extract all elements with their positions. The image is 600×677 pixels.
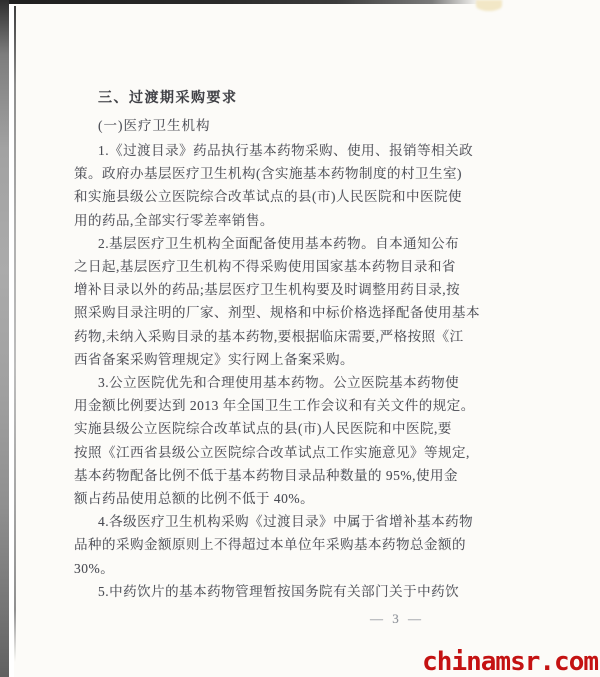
document-line: 按照《江西省县级公立医院综合改革试点工作实施意见》等规定,	[74, 441, 440, 464]
document-line: 2.基层医疗卫生机构全面配备使用基本药物。自本通知公布	[74, 232, 440, 255]
document-line: 品种的采购金额原则上不得超过本单位年采购基本药物总金额的	[74, 533, 440, 556]
document-line: 和实施县级公立医院综合改革试点的县(市)人民医院和中医院使	[74, 185, 440, 208]
page-number: — 3 —	[74, 609, 440, 629]
document-line: 照采购目录注明的厂家、剂型、规格和中标价格选择配备使用基本	[74, 301, 440, 324]
paragraph: 4.各级医疗卫生机构采购《过渡目录》中属于省增补基本药物品种的采购金额原则上不得…	[74, 510, 440, 580]
paragraph: 2.基层医疗卫生机构全面配备使用基本药物。自本通知公布之日起,基层医疗卫生机构不…	[74, 232, 440, 371]
document-line: 5.中药饮片的基本药物管理暂按国务院有关部门关于中药饮	[74, 580, 440, 603]
section-heading: 三、过渡期采购要求	[74, 86, 440, 112]
document-line: 1.《过渡目录》药品执行基本药物采购、使用、报销等相关政	[74, 139, 440, 162]
paragraph: 3.公立医院优先和合理使用基本药物。公立医院基本药物使用金额比例要达到 2013…	[74, 371, 440, 510]
document-line: 增补目录以外的药品;基层医疗卫生机构要及时调整用药目录,按	[74, 278, 440, 301]
watermark-logo: chinamsr.com	[422, 648, 598, 676]
document-line: 30%。	[74, 557, 440, 580]
document-line: 实施县级公立医院综合改革试点的县(市)人民医院和中医院,要	[74, 417, 440, 440]
document-line: 基本药物配备比例不低于基本药物目录品种数量的 95%,使用金	[74, 464, 440, 487]
document-line: 用的药品,全部实行零差率销售。	[74, 209, 440, 232]
document-line: 3.公立医院优先和合理使用基本药物。公立医院基本药物使	[74, 371, 440, 394]
document-line: 用金额比例要达到 2013 年全国卫生工作会议和有关文件的规定。	[74, 394, 440, 417]
paragraph: 1.《过渡目录》药品执行基本药物采购、使用、报销等相关政策。政府办基层医疗卫生机…	[74, 139, 440, 232]
paragraphs: 1.《过渡目录》药品执行基本药物采购、使用、报销等相关政策。政府办基层医疗卫生机…	[74, 139, 440, 603]
scan-top-edge-line	[0, 0, 480, 4]
scan-corner-tint	[476, 0, 502, 11]
document-line: 之日起,基层医疗卫生机构不得采购使用国家基本药物目录和省	[74, 255, 440, 278]
document-line: 策。政府办基层医疗卫生机构(含实施基本药物制度的村卫生室)	[74, 162, 440, 185]
document-line: 额占药品使用总额的比例不低于 40%。	[74, 487, 440, 510]
document-line: 药物,未纳入采购目录的基本药物,要根据临床需要,严格按照《江	[74, 325, 440, 348]
paragraph: 5.中药饮片的基本药物管理暂按国务院有关部门关于中药饮	[74, 580, 440, 603]
scan-left-edge-band	[0, 0, 9, 677]
subsection-heading: (一)医疗卫生机构	[74, 112, 440, 139]
document-line: 西省备案采购管理规定》实行网上备案采购。	[74, 348, 440, 371]
page-fold-line	[14, 6, 16, 662]
document-page: 三、过渡期采购要求 (一)医疗卫生机构 1.《过渡目录》药品执行基本药物采购、使…	[74, 86, 440, 629]
document-line: 4.各级医疗卫生机构采购《过渡目录》中属于省增补基本药物	[74, 510, 440, 533]
